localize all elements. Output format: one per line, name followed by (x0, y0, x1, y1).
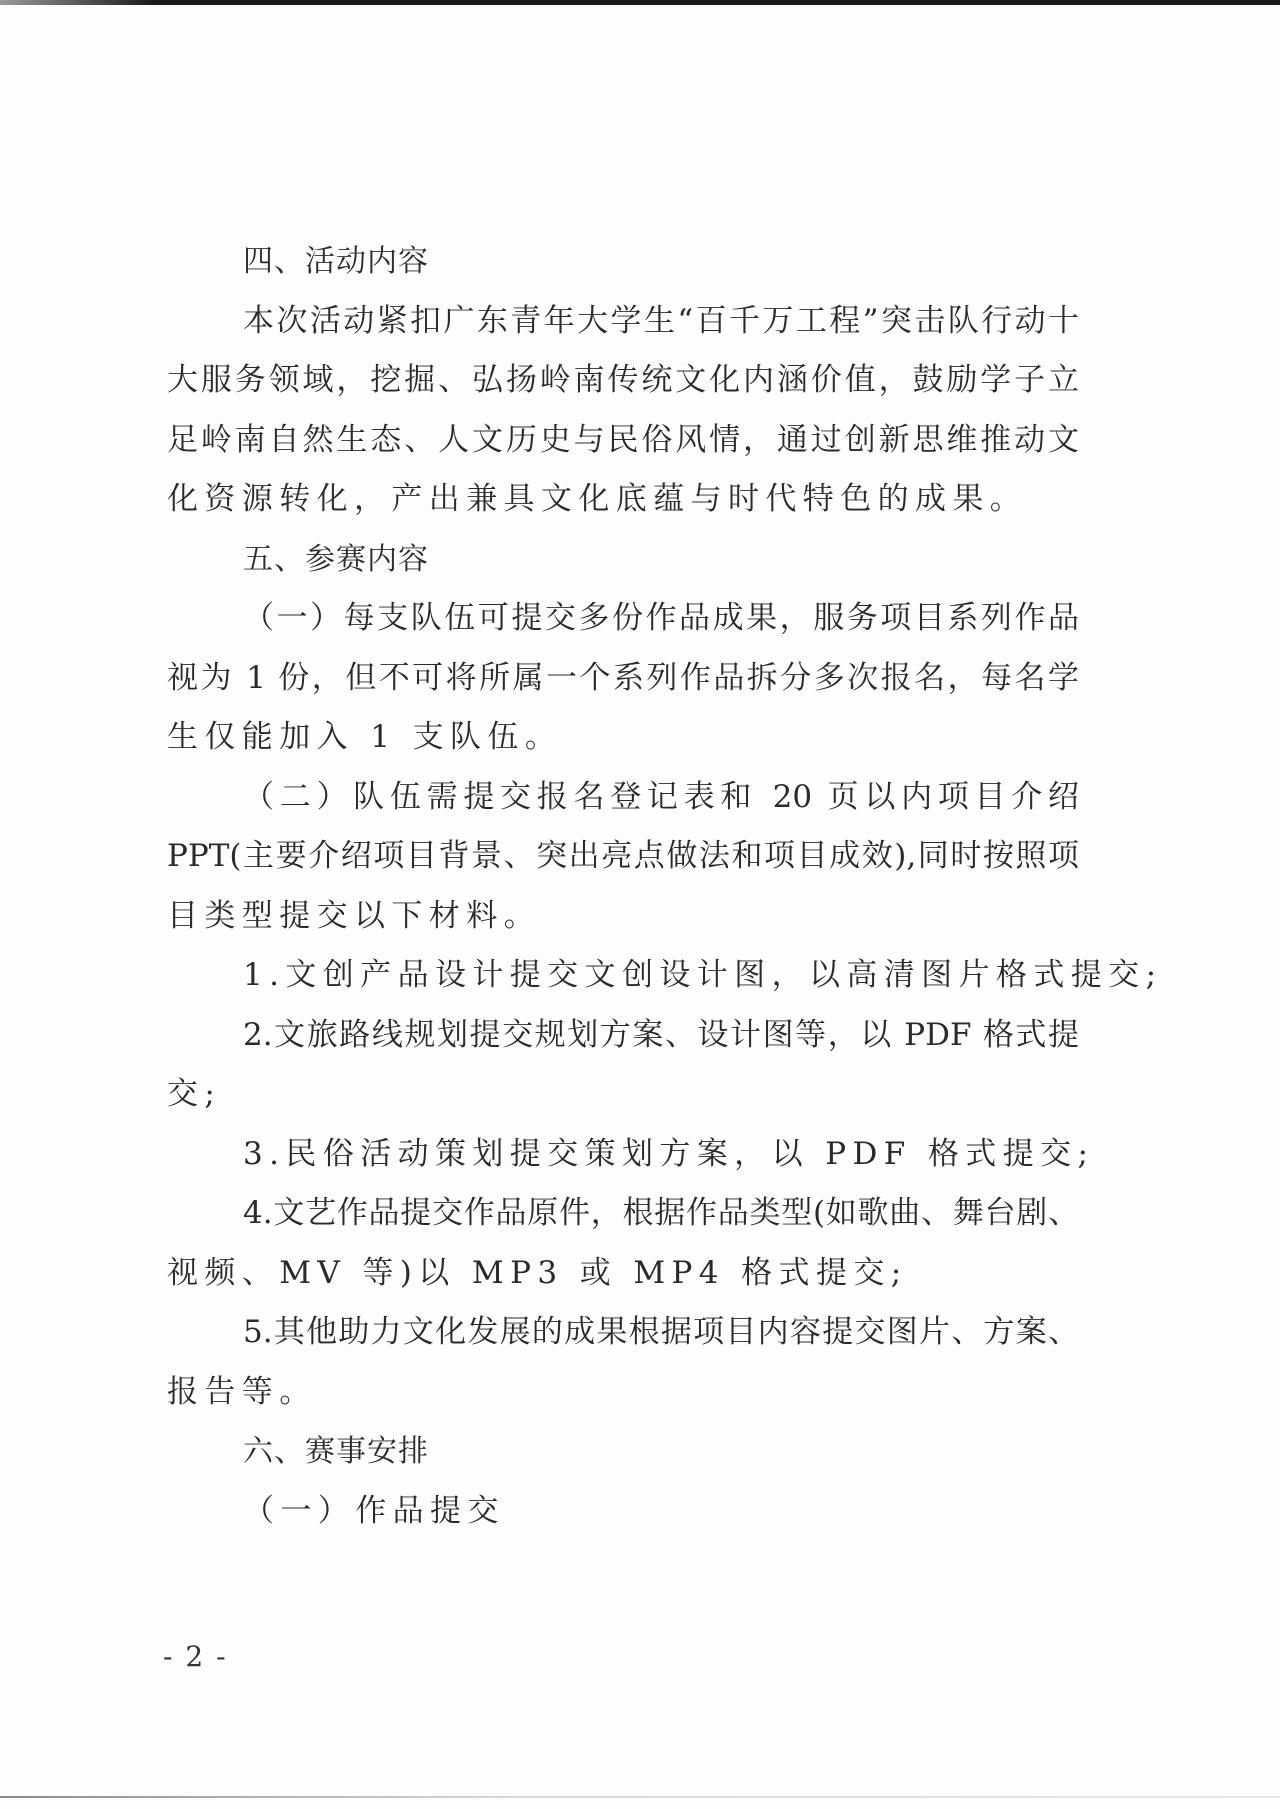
text-line: 大服务领域，挖掘、弘扬岭南传统文化内涵价值，鼓励学子立 (167, 351, 1079, 411)
text-line: PPT(主要介绍项目背景、突出亮点做法和项目成效),同时按照项 (167, 827, 1079, 887)
section-heading-activity-content: 四、活动内容 (167, 232, 1079, 292)
document-page: 四、活动内容 本次活动紧扣广东青年大学生“百千万工程”突击队行动十 大服务领域，… (167, 232, 1079, 1541)
text-line: 1.文创产品设计提交文创设计图，以高清图片格式提交; (167, 946, 1079, 1006)
text-line: 生仅能加入 1 支队伍。 (167, 708, 1079, 768)
page-number: - 2 - (163, 1640, 228, 1673)
text-line: 化资源转化，产出兼具文化底蕴与时代特色的成果。 (167, 470, 1079, 530)
text-line: 3.民俗活动策划提交策划方案，以 PDF 格式提交; (167, 1125, 1079, 1185)
text-line: 视为 1 份，但不可将所属一个系列作品拆分多次报名，每名学 (167, 649, 1079, 709)
text-line: 交; (167, 1065, 1079, 1125)
scan-bottom-edge (0, 1796, 1280, 1798)
text-line: 足岭南自然生态、人文历史与民俗风情，通过创新思维推动文 (167, 411, 1079, 471)
text-line: 4.文艺作品提交作品原件，根据作品类型(如歌曲、舞台剧、 (167, 1184, 1079, 1244)
list-item-folk-activity: 3.民俗活动策划提交策划方案，以 PDF 格式提交; (167, 1125, 1079, 1185)
text-line: 视频、MV 等)以 MP3 或 MP4 格式提交; (167, 1244, 1079, 1304)
scan-top-edge (0, 0, 1280, 5)
section-heading-schedule: 六、赛事安排 (167, 1422, 1079, 1482)
list-item-travel-route: 2.文旅路线规划提交规划方案、设计图等，以 PDF 格式提 交; (167, 1006, 1079, 1125)
text-line: 本次活动紧扣广东青年大学生“百千万工程”突击队行动十 (167, 292, 1079, 352)
subheading-work-submission: （一）作品提交 (167, 1482, 1079, 1542)
text-line: 5.其他助力文化发展的成果根据项目内容提交图片、方案、 (167, 1303, 1079, 1363)
list-item-other-results: 5.其他助力文化发展的成果根据项目内容提交图片、方案、 报告等。 (167, 1303, 1079, 1422)
list-item-creative-product: 1.文创产品设计提交文创设计图，以高清图片格式提交; (167, 946, 1079, 1006)
text-line: （一）每支队伍可提交多份作品成果，服务项目系列作品 (167, 589, 1079, 649)
text-line: （二）队伍需提交报名登记表和 20 页以内项目介绍 (167, 768, 1079, 828)
text-line: 目类型提交以下材料。 (167, 887, 1079, 947)
paragraph-entry-rule-1: （一）每支队伍可提交多份作品成果，服务项目系列作品 视为 1 份，但不可将所属一… (167, 589, 1079, 768)
list-item-art-works: 4.文艺作品提交作品原件，根据作品类型(如歌曲、舞台剧、 视频、MV 等)以 M… (167, 1184, 1079, 1303)
section-heading-entry-content: 五、参赛内容 (167, 530, 1079, 590)
text-line: （一）作品提交 (167, 1482, 1079, 1542)
paragraph-entry-rule-2: （二）队伍需提交报名登记表和 20 页以内项目介绍 PPT(主要介绍项目背景、突… (167, 768, 1079, 947)
text-line: 报告等。 (167, 1363, 1079, 1423)
text-line: 2.文旅路线规划提交规划方案、设计图等，以 PDF 格式提 (167, 1006, 1079, 1066)
paragraph-activity-description: 本次活动紧扣广东青年大学生“百千万工程”突击队行动十 大服务领域，挖掘、弘扬岭南… (167, 292, 1079, 530)
